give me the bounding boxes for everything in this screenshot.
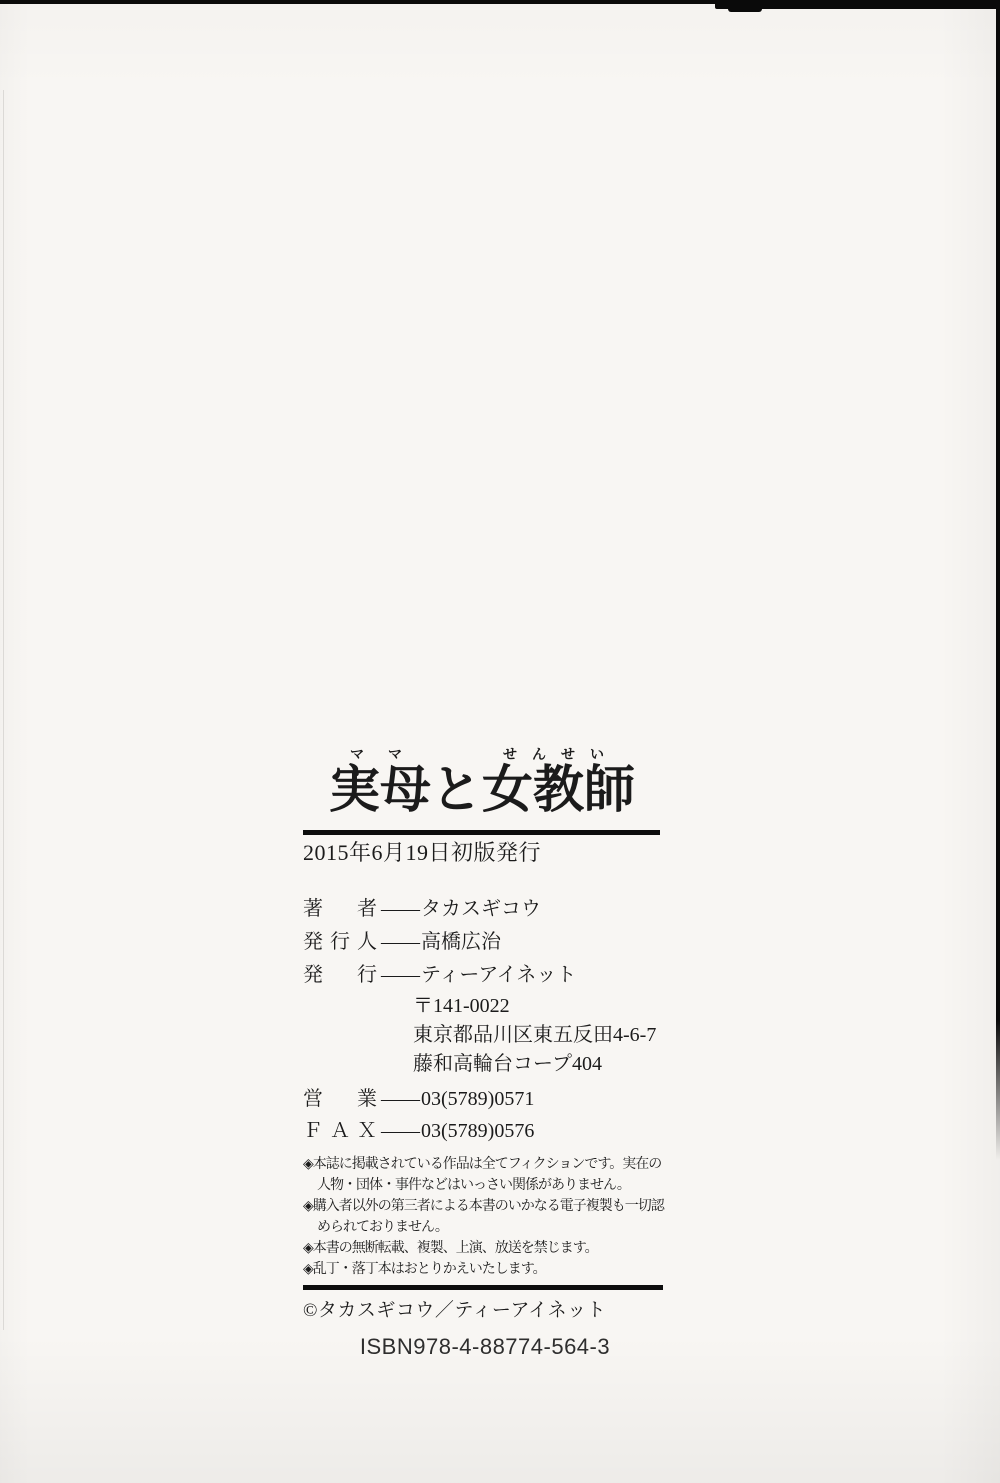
isbn-line: ISBN978-4-88774-564-3 bbox=[303, 1334, 667, 1360]
copyright-line: ©タカスギコウ／ティーアイネット bbox=[303, 1298, 667, 1324]
scan-edge-left bbox=[3, 90, 4, 1330]
contact-row-fax: ＦＡＸ——03(5789)0576 bbox=[303, 1115, 667, 1147]
dash-rule: —— bbox=[381, 1088, 419, 1110]
dash-rule: —— bbox=[381, 964, 419, 986]
note-defective-copy: ◈乱丁・落丁本はおとりかえいたします。 bbox=[303, 1259, 667, 1280]
credit-label: 発行人 bbox=[303, 926, 377, 959]
legal-notes-list: ◈本誌に掲載されている作品は全てフィクションです。実在の人物・団体・事件などはい… bbox=[303, 1154, 667, 1280]
book-title: 実母と女教師 bbox=[329, 761, 667, 821]
credit-label: 発行 bbox=[303, 959, 377, 992]
contact-value: 03(5789)0571 bbox=[421, 1088, 534, 1110]
furigana-mama: ママ bbox=[350, 744, 426, 764]
dash-rule: —— bbox=[381, 898, 419, 920]
colophon-block: ママ せんせい 実母と女教師 2015年6月19日初版発行 著者——タカスギコウ… bbox=[303, 744, 667, 1360]
credit-row-publisher: 発行——ティーアイネット bbox=[303, 959, 667, 992]
contact-label: 営業 bbox=[303, 1083, 377, 1115]
credit-label: 著者 bbox=[303, 893, 377, 926]
credit-row-author: 著者——タカスギコウ bbox=[303, 893, 667, 926]
title-furigana-row: ママ せんせい bbox=[303, 744, 667, 761]
dash-rule: —— bbox=[381, 1120, 419, 1142]
credit-value: ティーアイネット bbox=[421, 964, 576, 986]
address-line-2: 藤和高輪台コープ404 bbox=[413, 1050, 667, 1079]
credit-value: タカスギコウ bbox=[421, 898, 541, 920]
credit-value: 高橋広治 bbox=[421, 931, 501, 953]
note-reproduction: ◈本書の無断転載、複製、上演、放送を禁じます。 bbox=[303, 1238, 667, 1259]
publisher-address: 〒141-0022 東京都品川区東五反田4-6-7 藤和高輪台コープ404 bbox=[413, 992, 667, 1079]
note-digital-copy: ◈購入者以外の第三者による本書のいかなる電子複製も一切認められておりません。 bbox=[303, 1196, 667, 1238]
scanned-book-page: { "colors": { "ink": "#1b1b1b", "paper":… bbox=[0, 0, 1000, 1483]
credits-list: 著者——タカスギコウ 発行人——高橋広治 発行——ティーアイネット bbox=[303, 893, 667, 992]
bottom-divider-rule bbox=[303, 1285, 663, 1290]
dash-rule: —— bbox=[381, 931, 419, 953]
credit-row-publisher-person: 発行人——高橋広治 bbox=[303, 926, 667, 959]
scan-edge-right bbox=[996, 0, 1000, 1160]
note-fiction-disclaimer: ◈本誌に掲載されている作品は全てフィクションです。実在の人物・団体・事件などはい… bbox=[303, 1154, 667, 1196]
contact-row-sales: 営業——03(5789)0571 bbox=[303, 1083, 667, 1115]
address-line-1: 東京都品川区東五反田4-6-7 bbox=[413, 1021, 667, 1050]
postal-code: 〒141-0022 bbox=[413, 992, 667, 1021]
title-divider-rule bbox=[303, 830, 660, 835]
furigana-sensei: せんせい bbox=[503, 744, 619, 764]
contact-value: 03(5789)0576 bbox=[421, 1120, 534, 1142]
contacts-list: 営業——03(5789)0571 ＦＡＸ——03(5789)0576 bbox=[303, 1083, 667, 1147]
contact-label: ＦＡＸ bbox=[303, 1115, 377, 1147]
edition-date: 2015年6月19日初版発行 bbox=[303, 838, 667, 867]
scan-edge-notch bbox=[728, 0, 762, 12]
